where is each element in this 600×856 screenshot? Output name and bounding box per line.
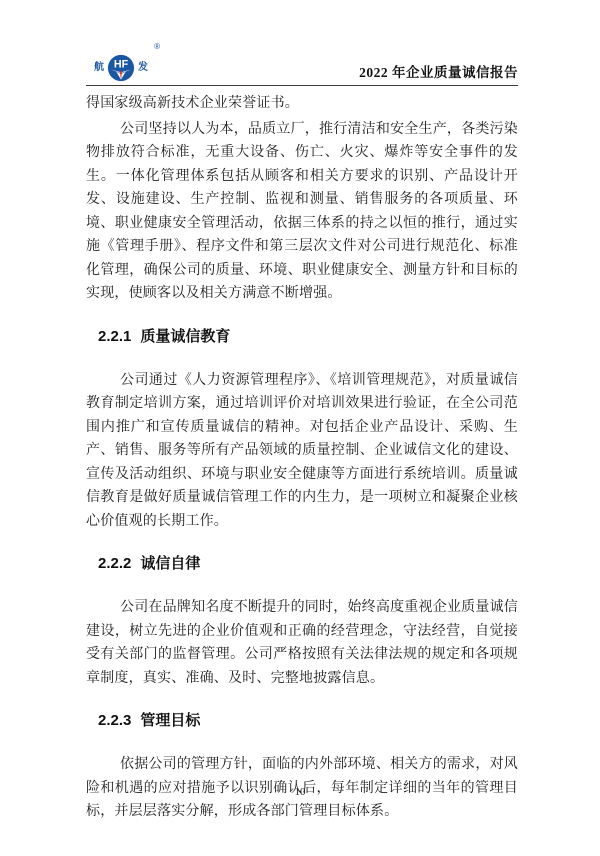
logo-char-right: 发 — [138, 63, 148, 73]
page-number: 10 — [295, 786, 306, 798]
intro-paragraph: 得国家级高新技术企业荣誉证书。 — [86, 92, 518, 116]
section-number: 2.2.3 — [98, 712, 131, 729]
section-number: 2.2.2 — [98, 555, 131, 572]
section-heading-222: 2.2.2诚信自律 — [98, 553, 518, 574]
section-title: 诚信自律 — [140, 555, 200, 572]
logo-char-left: 航 — [94, 63, 104, 73]
section-heading-221: 2.2.1质量诚信教育 — [98, 326, 518, 347]
report-page: 航 HF 发 ® 2022 年企业质量诚信报告 得国家级高新技术企业荣誉证书。 … — [0, 0, 600, 856]
page-footer: 10 — [0, 786, 600, 798]
registered-trademark-icon: ® — [154, 42, 160, 51]
section-heading-223: 2.2.3管理目标 — [98, 710, 518, 731]
section-title: 管理目标 — [140, 712, 200, 729]
header-report-title: 2022 年企业质量诚信报告 — [359, 65, 518, 82]
section-title: 质量诚信教育 — [140, 328, 230, 345]
hf-emblem-icon: HF — [107, 54, 135, 82]
document-body: 得国家级高新技术企业荣誉证书。 公司坚持以人为本，品质立厂，推行清洁和安全生产，… — [86, 92, 518, 824]
page-header: 航 HF 发 ® 2022 年企业质量诚信报告 — [86, 46, 518, 82]
section-paragraph: 公司在品牌知名度不断提升的同时，始终高度重视企业质量诚信建设，树立先进的企业价值… — [86, 596, 518, 690]
header-rule — [86, 85, 518, 86]
paragraph: 公司坚持以人为本，品质立厂，推行清洁和安全生产，各类污染物排放符合标准，无重大设… — [86, 118, 518, 306]
company-logo: 航 HF 发 ® — [94, 54, 162, 82]
section-number: 2.2.1 — [98, 328, 131, 345]
svg-text:HF: HF — [114, 59, 129, 71]
section-paragraph: 公司通过《人力资源管理程序》、《培训管理规范》，对质量诚信教育制定培训方案，通过… — [86, 369, 518, 534]
